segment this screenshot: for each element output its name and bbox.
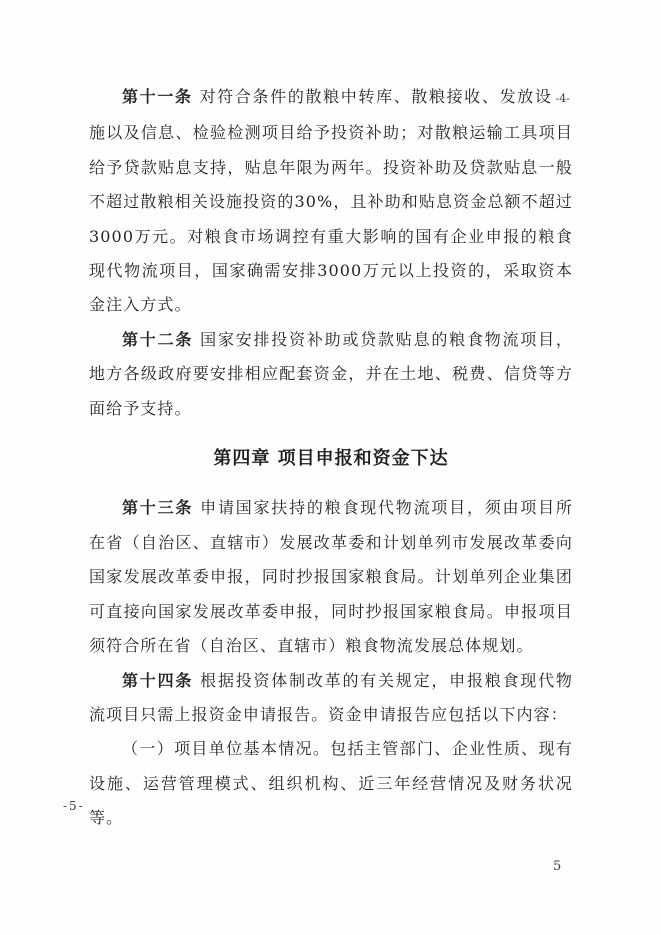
document-body: 第十一条对符合条件的散粮中转库、散粮接收、发放设-4-施以及信息、检验检测项目给… (89, 80, 573, 836)
item-1-paragraph: （一）项目单位基本情况。包括主管部门、企业性质、现有设施、运营管理模式、组织机构… (89, 732, 573, 835)
chapter-4-heading: 第四章 项目申报和资金下达 (89, 442, 573, 476)
document-page: 第十一条对符合条件的散粮中转库、散粮接收、发放设-4-施以及信息、检验检测项目给… (0, 0, 661, 935)
article-14-paragraph: 第十四条根据投资体制改革的有关规定，申报粮食现代物流项目只需上报资金申请报告。资… (89, 664, 573, 733)
article-13-label: 第十三条 (122, 498, 193, 517)
article-13-text: 申请国家扶持的粮食现代物流项目，须由项目所在省（自治区、直辖市）发展改革委和计划… (89, 498, 573, 655)
article-11-text-before-marker: 对符合条件的散粮中转库、散粮接收、发放设 (200, 87, 553, 106)
article-12-paragraph: 第十二条国家安排投资补助或贷款贴息的粮食物流项目，地方各级政府要安排相应配套资金… (89, 323, 573, 426)
article-11-paragraph: 第十一条对符合条件的散粮中转库、散粮接收、发放设-4-施以及信息、检验检测项目给… (89, 80, 573, 323)
article-13-paragraph: 第十三条申请国家扶持的粮食现代物流项目，须由项目所在省（自治区、直辖市）发展改革… (89, 491, 573, 663)
article-14-label: 第十四条 (122, 671, 193, 690)
item-1-text: （一）项目单位基本情况。包括主管部门、企业性质、现有设施、运营管理模式、组织机构… (89, 739, 573, 827)
page-number: 5 (553, 859, 561, 874)
footer-page-marker: -5- (63, 799, 85, 813)
article-12-label: 第十二条 (122, 330, 193, 349)
article-11-text-after-marker: 施以及信息、检验检测项目给予投资补助；对散粮运输工具项目给予贷款贴息支持，贴息年… (89, 123, 573, 314)
article-11-label: 第十一条 (122, 87, 193, 106)
inline-page-4-marker: -4- (556, 92, 570, 105)
